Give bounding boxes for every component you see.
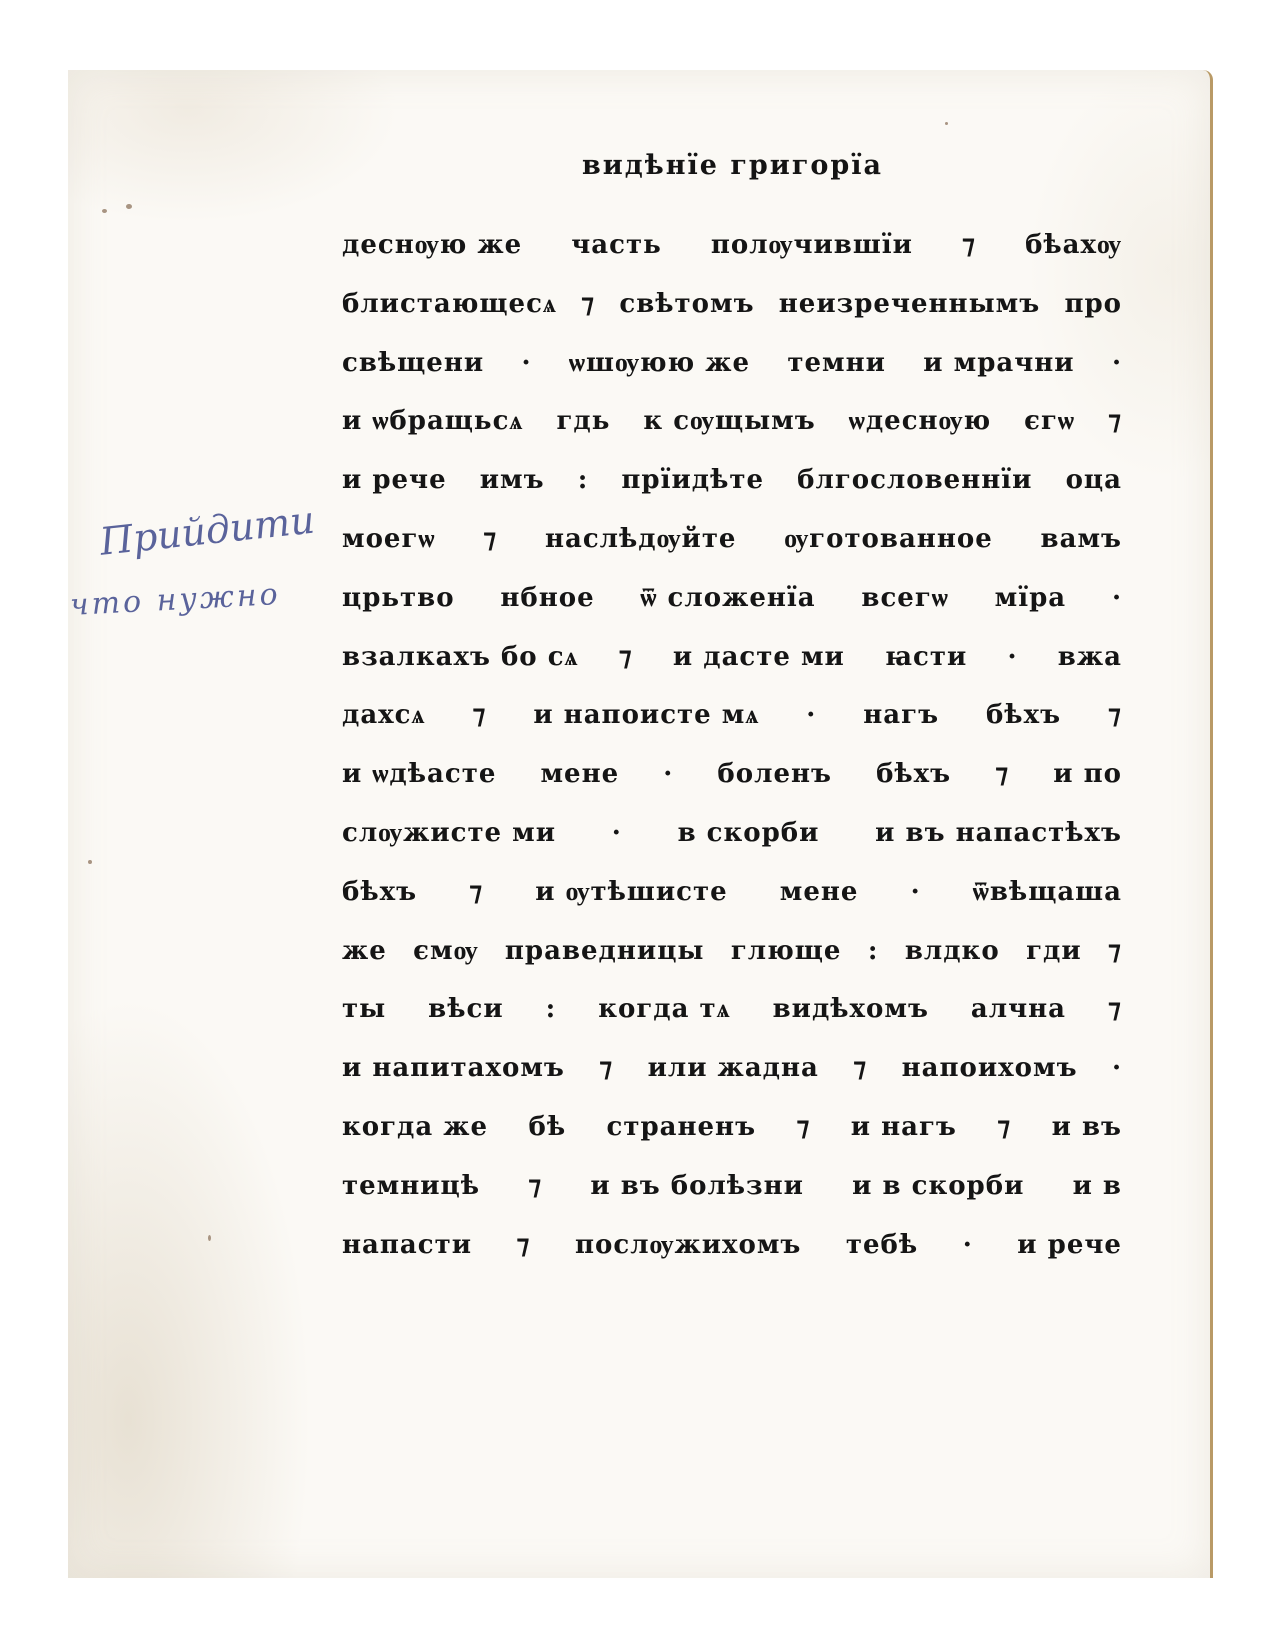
word: мїра	[995, 583, 1067, 613]
word: видѣхомъ	[773, 994, 929, 1024]
word: бѣ	[528, 1112, 566, 1142]
word: ⁊	[581, 289, 595, 319]
word: в скорби	[678, 818, 820, 848]
word: блистающесѧ	[342, 289, 557, 319]
text-line: деснѹю жечастьполѹчившїи⁊бѣахѹ	[342, 230, 1122, 289]
word: глюще	[731, 936, 842, 966]
word: ·	[806, 700, 816, 730]
word: имъ	[480, 465, 545, 495]
page-title: видѣнїе григорїа	[582, 150, 883, 181]
text-line: и речеимъ:прїидѣтеблгословеннїиоца	[342, 465, 1122, 524]
text-line: тывѣси:когда тѧвидѣхомъалчна⁊	[342, 994, 1122, 1053]
word: ⁊	[1108, 994, 1122, 1024]
word: неизреченнымъ	[779, 289, 1040, 319]
word: и по	[1053, 759, 1122, 789]
word: и мрачни	[923, 348, 1074, 378]
word: часть	[571, 230, 661, 260]
word: и напоисте мѧ	[533, 700, 759, 730]
body-text: деснѹю жечастьполѹчившїи⁊бѣахѹблистающес…	[342, 230, 1122, 1288]
word: ⁊	[483, 524, 497, 554]
word: свѣщени	[342, 348, 484, 378]
word: вамъ	[1041, 524, 1122, 554]
ink-speck	[102, 209, 107, 213]
word: ⁊	[1108, 936, 1122, 966]
word: и въ болѣзни	[590, 1171, 804, 1201]
word: ·	[911, 877, 921, 907]
word: єгѡ	[1024, 406, 1075, 436]
word: темни	[787, 348, 886, 378]
word: ⁊	[517, 1230, 531, 1260]
word: блгословеннїи	[797, 465, 1032, 495]
word: црьтво	[342, 583, 455, 613]
word: темницѣ	[342, 1171, 480, 1201]
word: ѿвѣщаша	[973, 877, 1122, 907]
word: ѹготованное	[784, 524, 993, 554]
word: ⁊	[469, 877, 483, 907]
word: алчна	[971, 994, 1066, 1024]
word: ⁊	[599, 1053, 613, 1083]
word: ·	[612, 818, 622, 848]
text-line: блистающесѧ⁊свѣтомънеизреченнымъпро	[342, 289, 1122, 348]
word: гди	[1026, 936, 1082, 966]
ink-speck	[88, 860, 92, 864]
word: бѣхъ	[876, 759, 951, 789]
word: страненъ	[607, 1112, 757, 1142]
word: и дасте ми	[673, 642, 845, 672]
word: и в скорби	[852, 1171, 1024, 1201]
word: ємѹ	[413, 936, 478, 966]
word: ⁊	[796, 1112, 810, 1142]
text-line: и ѡбращьсѧгдьк сѹщымъѡдеснѹюєгѡ⁊	[342, 406, 1122, 465]
word: влдко	[905, 936, 1000, 966]
word: всегѡ	[861, 583, 948, 613]
word: ·	[963, 1230, 973, 1260]
word: гдь	[556, 406, 610, 436]
text-line: темницѣ⁊и въ болѣзнии в скорбии в	[342, 1171, 1122, 1230]
text-line: и напитахомъ⁊или жадна⁊напоихомъ·	[342, 1053, 1122, 1112]
text-line: жеємѹправедницыглюще:влдкогди⁊	[342, 936, 1122, 995]
word: ⁊	[1108, 700, 1122, 730]
word: слѹжисте ми	[342, 818, 556, 848]
word: и ѡдѣасте	[342, 759, 496, 789]
word: ты	[342, 994, 386, 1024]
word: ⁊	[472, 700, 486, 730]
ink-speck	[126, 204, 132, 209]
word: или жадна	[648, 1053, 819, 1083]
word: ѡдеснѹю	[849, 406, 991, 436]
word: прїидѣте	[621, 465, 764, 495]
ink-speck	[208, 1235, 211, 1241]
word: праведницы	[505, 936, 705, 966]
word: ⁊	[962, 230, 976, 260]
word: ⁊	[997, 1112, 1011, 1142]
word: когда же	[342, 1112, 488, 1142]
text-line: взалкахъ бо сѧ⁊и дасте миꙗсти·вжа	[342, 642, 1122, 701]
word: ·	[663, 759, 673, 789]
text-line: свѣщени·ѡшѹюю жетемнии мрачни·	[342, 348, 1122, 407]
word: бѣхъ	[986, 700, 1061, 730]
word: к сѹщымъ	[643, 406, 815, 436]
word: свѣтомъ	[619, 289, 754, 319]
word: и нагъ	[851, 1112, 957, 1142]
word: ⁊	[995, 759, 1009, 789]
word: ·	[1112, 1053, 1122, 1083]
word: ѿ сложенїа	[640, 583, 815, 613]
word: вжа	[1058, 642, 1122, 672]
word: взалкахъ бо сѧ	[342, 642, 579, 672]
ink-speck	[945, 122, 948, 125]
word: бѣхъ	[342, 877, 417, 907]
word: оца	[1066, 465, 1122, 495]
word: боленъ	[717, 759, 832, 789]
word: нагъ	[863, 700, 939, 730]
text-line: моегѡ⁊наслѣдѹйтеѹготованноевамъ	[342, 524, 1122, 583]
word: бѣахѹ	[1025, 230, 1122, 260]
text-line: црьтвонбноеѿ сложенїавсегѡмїра·	[342, 583, 1122, 642]
word: мене	[540, 759, 619, 789]
word: про	[1064, 289, 1122, 319]
word: же	[342, 936, 387, 966]
word: деснѹю же	[342, 230, 522, 260]
word: ⁊	[853, 1053, 867, 1083]
word: ·	[1112, 348, 1122, 378]
word: нбное	[500, 583, 594, 613]
text-line: слѹжисте ми·в скорбии въ напастѣхъ	[342, 818, 1122, 877]
word: дахсѧ	[342, 700, 426, 730]
word: послѹжихомъ	[575, 1230, 801, 1260]
word: вѣси	[428, 994, 503, 1024]
word: тебѣ	[846, 1230, 918, 1260]
word: и въ	[1052, 1112, 1122, 1142]
word: ⁊	[1108, 406, 1122, 436]
word: :	[868, 936, 879, 966]
word: ꙗсти	[885, 642, 967, 672]
text-line: когда жебѣстраненъ⁊и нагъ⁊и въ	[342, 1112, 1122, 1171]
word: ⁊	[528, 1171, 542, 1201]
word: напоихомъ	[902, 1053, 1078, 1083]
word: и в	[1073, 1171, 1122, 1201]
word: и напитахомъ	[342, 1053, 565, 1083]
word: полѹчившїи	[711, 230, 913, 260]
word: и ѹтѣшисте	[535, 877, 727, 907]
word: моегѡ	[342, 524, 436, 554]
word: ·	[1112, 583, 1122, 613]
word: наслѣдѹйте	[545, 524, 737, 554]
word: когда тѧ	[598, 994, 730, 1024]
word: и рече	[1017, 1230, 1122, 1260]
word: и рече	[342, 465, 447, 495]
text-line: бѣхъ⁊и ѹтѣшистемене·ѿвѣщаша	[342, 877, 1122, 936]
text-line: дахсѧ⁊и напоисте мѧ·нагъбѣхъ⁊	[342, 700, 1122, 759]
word: и въ напастѣхъ	[875, 818, 1122, 848]
word: напасти	[342, 1230, 472, 1260]
word: ·	[1008, 642, 1018, 672]
word: и ѡбращьсѧ	[342, 406, 523, 436]
text-line: и ѡдѣастемене·боленъбѣхъ⁊и по	[342, 759, 1122, 818]
word: :	[578, 465, 589, 495]
word: ·	[522, 348, 532, 378]
word: :	[546, 994, 557, 1024]
word: мене	[780, 877, 859, 907]
word: ѡшѹюю же	[569, 348, 750, 378]
text-line: напасти⁊послѹжихомътебѣ·и рече	[342, 1230, 1122, 1289]
word: ⁊	[619, 642, 633, 672]
